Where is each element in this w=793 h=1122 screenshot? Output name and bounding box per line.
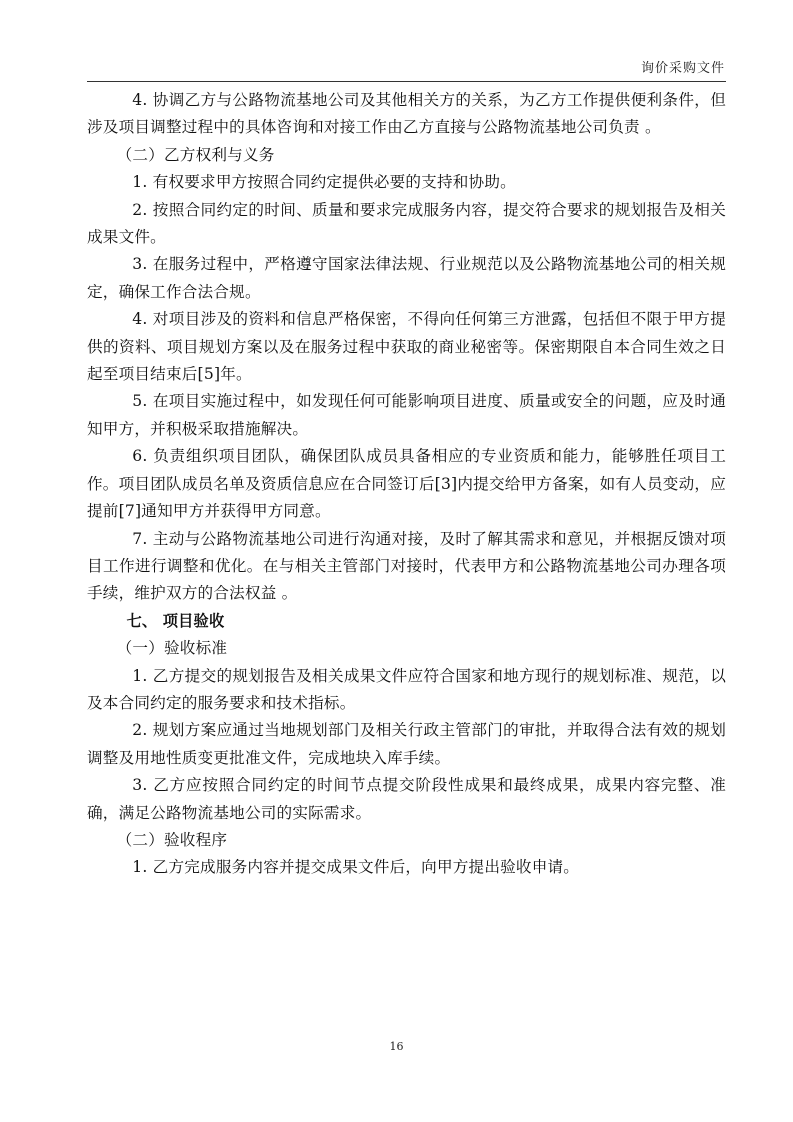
clause-paragraph: 4. 协调乙方与公路物流基地公司及其他相关方的关系，为乙方工作提供便利条件，但涉… [87, 87, 726, 142]
section-heading-acceptance: 七、 项目验收 [87, 608, 726, 635]
document-body: 4. 协调乙方与公路物流基地公司及其他相关方的关系，为乙方工作提供便利条件，但涉… [87, 87, 726, 882]
clause-paragraph: 2. 规划方案应通过当地规划部门及相关行政主管部门的审批，并取得合法有效的规划调… [87, 717, 726, 772]
clause-paragraph: 4. 对项目涉及的资料和信息严格保密，不得向任何第三方泄露，包括但不限于甲方提供… [87, 306, 726, 388]
document-header-title: 询价采购文件 [641, 57, 725, 76]
subheading-party-b-rights: （二）乙方权利与义务 [87, 142, 726, 169]
clause-paragraph: 6. 负责组织项目团队，确保团队成员具备相应的专业资质和能力，能够胜任项目工作。… [87, 443, 726, 525]
clause-paragraph: 3. 在服务过程中，严格遵守国家法律法规、行业规范以及公路物流基地公司的相关规定… [87, 251, 726, 306]
clause-paragraph: 2. 按照合同约定的时间、质量和要求完成服务内容，提交符合要求的规划报告及相关成… [87, 197, 726, 252]
clause-paragraph: 1. 乙方提交的规划报告及相关成果文件应符合国家和地方现行的规划标准、规范，以及… [87, 663, 726, 718]
page-number: 16 [0, 1040, 793, 1053]
header-divider [87, 81, 726, 82]
clause-paragraph: 1. 有权要求甲方按照合同约定提供必要的支持和协助。 [87, 169, 726, 196]
clause-paragraph: 3. 乙方应按照合同约定的时间节点提交阶段性成果和最终成果，成果内容完整、准确，… [87, 772, 726, 827]
clause-paragraph: 1. 乙方完成服务内容并提交成果文件后，向甲方提出验收申请。 [87, 854, 726, 881]
subheading-acceptance-procedure: （二）验收程序 [87, 827, 726, 854]
clause-paragraph: 5. 在项目实施过程中，如发现任何可能影响项目进度、质量或安全的问题，应及时通知… [87, 388, 726, 443]
clause-paragraph: 7. 主动与公路物流基地公司进行沟通对接，及时了解其需求和意见，并根据反馈对项目… [87, 526, 726, 608]
subheading-acceptance-criteria: （一）验收标准 [87, 635, 726, 662]
